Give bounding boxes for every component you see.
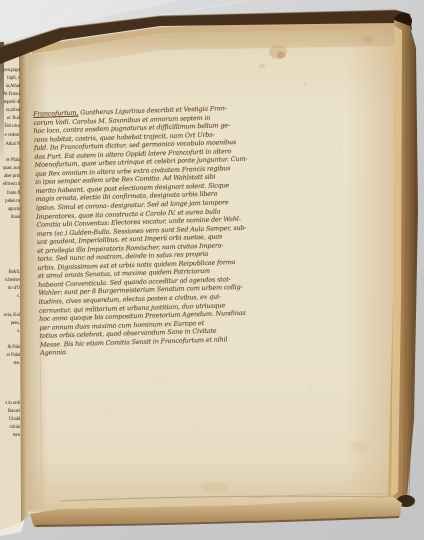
printed-text-fragment: s. [17,329,20,334]
printed-text-fragment: avia, Kol [3,313,20,318]
printed-text-fragment: rio d'O [8,286,20,291]
printed-text-fragment: aguzin [8,207,20,212]
manuscript-text-block: Francofurtum, Guntherus Ligurinus descri… [33,104,234,358]
page-right-shade [344,26,394,500]
printed-text-fragment: Bolrli. [8,270,20,275]
printed-text-fragment: mperii di [4,100,20,105]
printed-text-fragment: er. Rud [7,116,20,121]
printed-text-fragment: s in ordi [5,401,20,406]
printed-text-fragment: quae, aux [3,166,20,171]
printed-text-fragment: pon,pagu [3,68,20,73]
printed-text-fragment: hipfi, v [7,76,20,81]
printed-text-fragment: Bavari [8,409,20,414]
printed-text-fragment: er Pfalz [6,158,20,163]
printed-text-fragment: e videre. [5,133,20,138]
printed-text-fragment: pens, [11,321,20,326]
printed-text-fragment: ten. [13,361,20,366]
facing-page-text: cia Orienteus.pon,paguhipfi, via,AthalAt… [0,0,21,540]
printed-text-fragment: us. [15,52,20,57]
printed-text-fragment: eflivem h [3,182,20,187]
printed-text-fragment: ra,rubul [6,108,20,113]
printed-text-fragment: ltiani [11,215,20,220]
printed-text-fragment: aber prin [4,174,20,179]
underlined-place-name: Francofurtum, [33,109,78,118]
printed-text-fragment: ia,Athal [6,84,20,89]
printed-text-fragment: tum [13,433,20,438]
printed-text-fragment: crinin [10,425,20,430]
photo-backdrop: cia Orienteus.pon,paguhipfi, via,AthalAt… [0,0,424,540]
printed-text-fragment: & Pala [7,345,20,350]
printed-text-fragment: lcheriter [5,278,20,283]
printed-text-fragment: cia Oriente [0,44,20,49]
printed-text-fragment: fonte fl [7,191,20,196]
printed-text-fragment: Teri ulva [4,124,20,129]
printed-text-fragment: piden m [5,199,20,204]
printed-text-fragment: At Franci [3,92,20,97]
printed-text-fragment: Ubald [9,417,20,422]
printed-text-fragment: er Palat [6,353,20,358]
printed-text-fragment: c. [17,294,20,299]
printed-text-fragment: Athal N [5,142,20,147]
